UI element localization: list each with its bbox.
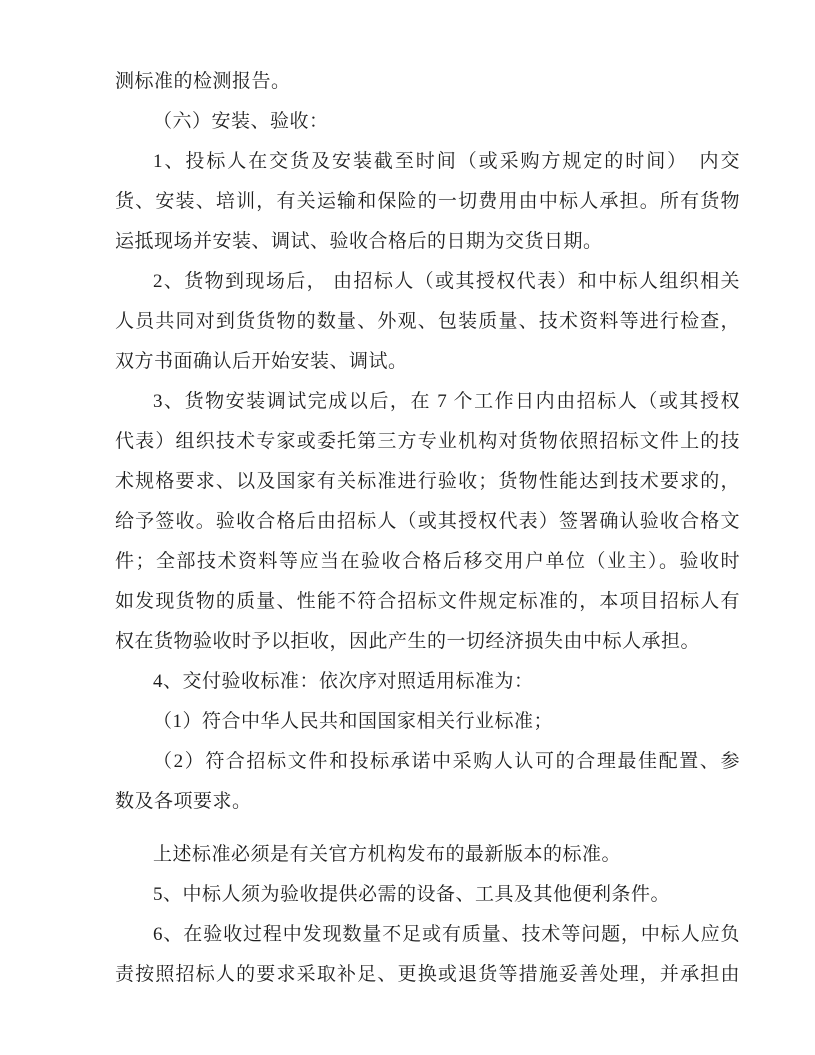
text-line: 运抵现场并安装、调试、验收合格后的日期为交货日期。 bbox=[115, 222, 740, 262]
text-line: 上述标准必须是有关官方机构发布的最新版本的标准。 bbox=[115, 835, 740, 875]
text-line: 6、在验收过程中发现数量不足或有质量、技术等问题，中标人应负 bbox=[115, 915, 740, 955]
document-text-block: 测标准的检测报告。（六）安装、验收：1、投标人在交货及安装截至时间（或采购方规定… bbox=[115, 62, 740, 995]
text-line: （2）符合招标文件和投标承诺中采购人认可的合理最佳配置、参 bbox=[115, 742, 740, 782]
text-line: 给予签收。验收合格后由招标人（或其授权代表）签署确认验收合格文 bbox=[115, 502, 740, 542]
text-line: 权在货物验收时予以拒收，因此产生的一切经济损失由中标人承担。 bbox=[115, 622, 740, 662]
text-line: 2、货物到现场后， 由招标人（或其授权代表）和中标人组织相关 bbox=[115, 262, 740, 302]
text-line: （六）安装、验收： bbox=[115, 102, 740, 142]
text-line: 责按照招标人的要求采取补足、更换或退货等措施妥善处理，并承担由 bbox=[115, 955, 740, 995]
text-line: 人员共同对到货货物的数量、外观、包装质量、技术资料等进行检查， bbox=[115, 302, 740, 342]
text-line: 代表）组织技术专家或委托第三方专业机构对货物依照招标文件上的技 bbox=[115, 422, 740, 462]
text-line: 术规格要求、以及国家有关标准进行验收；货物性能达到技术要求的， bbox=[115, 462, 740, 502]
text-line: （1）符合中华人民共和国国家相关行业标准； bbox=[115, 702, 740, 742]
text-line: 货、安装、培训，有关运输和保险的一切费用由中标人承担。所有货物 bbox=[115, 182, 740, 222]
document-page: 测标准的检测报告。（六）安装、验收：1、投标人在交货及安装截至时间（或采购方规定… bbox=[0, 0, 815, 1055]
text-line: 数及各项要求。 bbox=[115, 782, 740, 822]
text-line: 如发现货物的质量、性能不符合招标文件规定标准的，本项目招标人有 bbox=[115, 582, 740, 622]
text-line: 件；全部技术资料等应当在验收合格后移交用户单位（业主）。验收时 bbox=[115, 542, 740, 582]
text-line: 4、交付验收标准：依次序对照适用标准为： bbox=[115, 662, 740, 702]
text-line: 1、投标人在交货及安装截至时间（或采购方规定的时间） 内交 bbox=[115, 142, 740, 182]
text-line: 双方书面确认后开始安装、调试。 bbox=[115, 342, 740, 382]
text-line: 测标准的检测报告。 bbox=[115, 62, 740, 102]
text-line: 5、中标人须为验收提供必需的设备、工具及其他便利条件。 bbox=[115, 875, 740, 915]
text-line: 3、货物安装调试完成以后，在 7 个工作日内由招标人（或其授权 bbox=[115, 382, 740, 422]
